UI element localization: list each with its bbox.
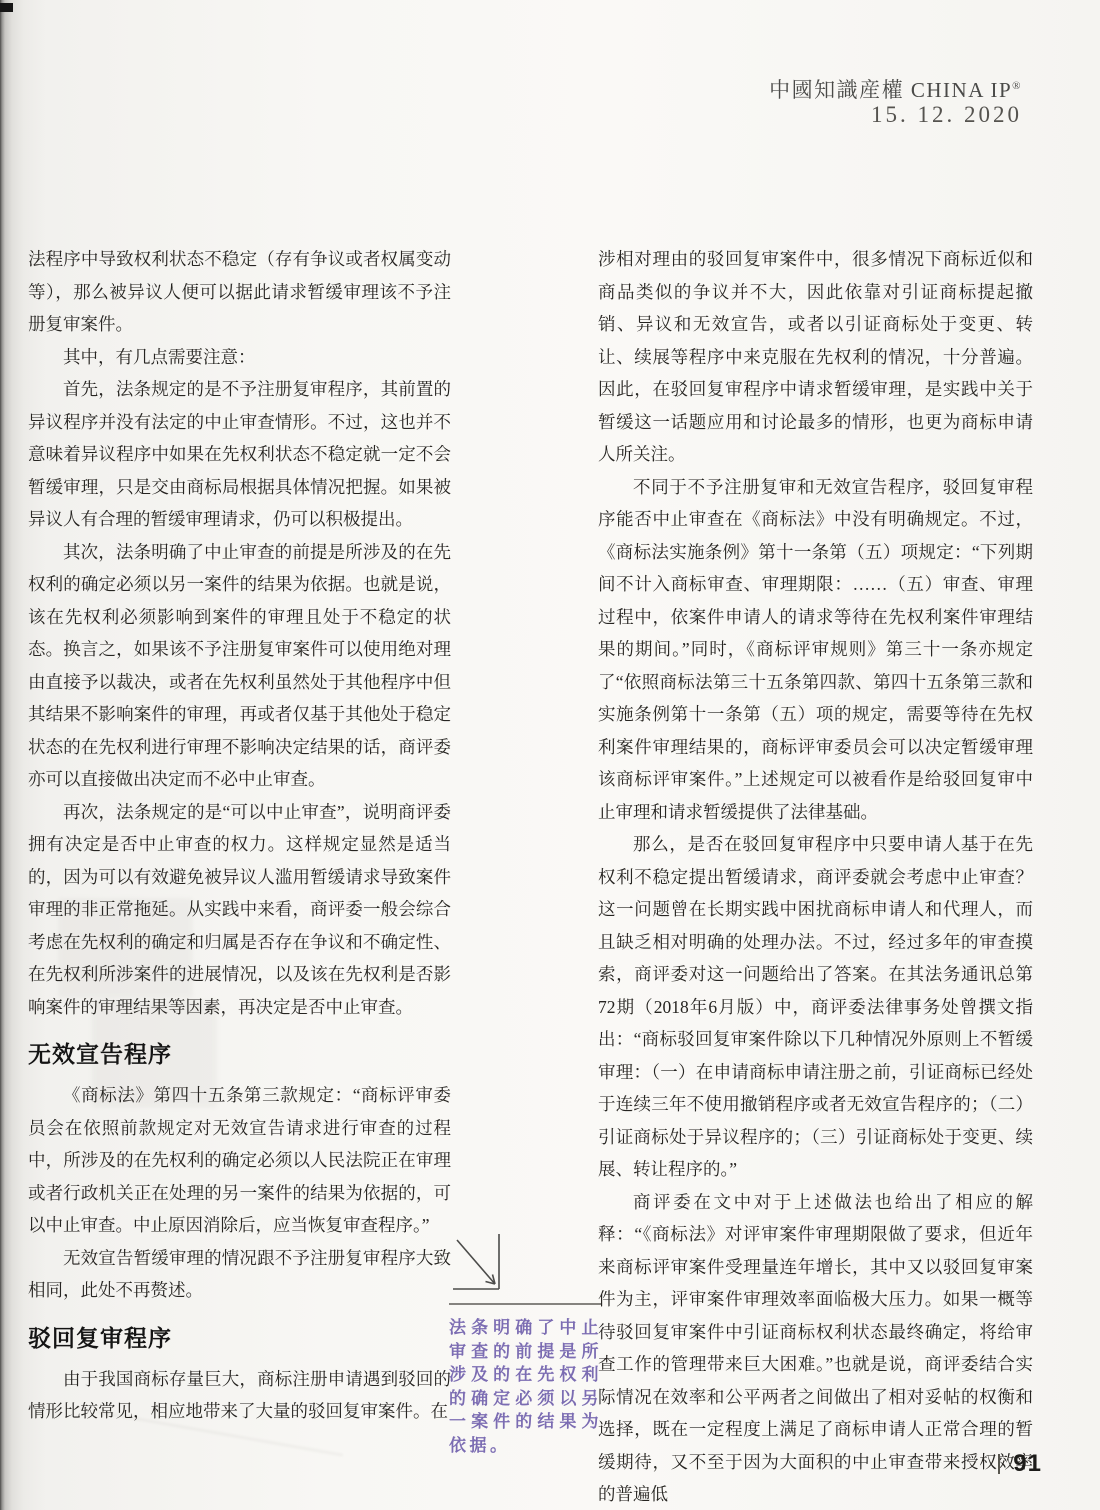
pull-quote-divider xyxy=(449,1303,602,1305)
body-paragraph: 商评委在文中对于上述做法也给出了相应的解释：“《商标法》对评审案件审理期限做了要… xyxy=(598,1186,1033,1510)
scan-corner-mark xyxy=(0,3,13,12)
body-paragraph: 那么，是否在驳回复审程序中只要申请人基于在先权利不稳定提出暂缓请求，商评委就会考… xyxy=(598,828,1033,1186)
section-heading-invalidation: 无效宣告程序 xyxy=(28,1039,451,1069)
registered-mark: ® xyxy=(1012,80,1022,92)
body-paragraph: 无效宣告暂缓审理的情况跟不予注册复审程序大致相同，此处不再赘述。 xyxy=(28,1242,451,1307)
page-number-divider xyxy=(998,1454,1000,1474)
page-footer: 91 xyxy=(998,1450,1042,1478)
magazine-title: 中國知識産權 CHINA IP® xyxy=(769,74,1022,104)
magazine-title-text: 中國知識産權 CHINA IP xyxy=(769,78,1012,102)
body-paragraph: 不同于不予注册复审和无效宣告程序，驳回复审程序能否中止审查在《商标法》中没有明确… xyxy=(598,471,1033,829)
body-paragraph: 涉相对理由的驳回复审案件中，很多情况下商标近似和商品类似的争议并不大，因此依靠对… xyxy=(598,243,1033,471)
body-paragraph: 由于我国商标存量巨大，商标注册申请遇到驳回的情形比较常见，相应地带来了大量的驳回… xyxy=(28,1363,451,1428)
page-number: 91 xyxy=(1013,1450,1042,1478)
body-paragraph: 法程序中导致权利状态不稳定（存有争议或者权属变动等），那么被异议人便可以据此请求… xyxy=(28,243,451,341)
body-paragraph: 其中，有几点需要注意： xyxy=(28,341,451,374)
left-column: 法程序中导致权利状态不稳定（存有争议或者权属变动等），那么被异议人便可以据此请求… xyxy=(28,243,451,1428)
magazine-page: 中國知識産權 CHINA IP® 15. 12. 2020 法程序中导致权利状态… xyxy=(0,0,1100,1510)
body-paragraph: 《商标法》第四十五条第三款规定：“商标评审委员会在依照前款规定对无效宣告请求进行… xyxy=(28,1079,451,1242)
issue-date: 15. 12. 2020 xyxy=(871,102,1022,128)
pull-quote-text: 法条明确了中止审查的前提是所涉及的在先权利的确定必须以另一案件的结果为依据。 xyxy=(449,1316,602,1457)
corner-arrow-down-right-icon xyxy=(447,1232,597,1294)
pull-quote-block: 法条明确了中止审查的前提是所涉及的在先权利的确定必须以另一案件的结果为依据。 xyxy=(449,1232,602,1457)
section-heading-rejection: 驳回复审程序 xyxy=(28,1323,451,1353)
right-column: 涉相对理由的驳回复审案件中，很多情况下商标近似和商品类似的争议并不大，因此依靠对… xyxy=(598,243,1033,1510)
body-paragraph: 其次，法条明确了中止审查的前提是所涉及的在先权利的确定必须以另一案件的结果为依据… xyxy=(28,536,451,796)
body-paragraph: 再次，法条规定的是“可以中止审查”，说明商评委拥有决定是否中止审查的权力。这样规… xyxy=(28,796,451,1024)
body-paragraph: 首先，法条规定的是不予注册复审程序，其前置的异议程序并没有法定的中止审查情形。不… xyxy=(28,373,451,536)
